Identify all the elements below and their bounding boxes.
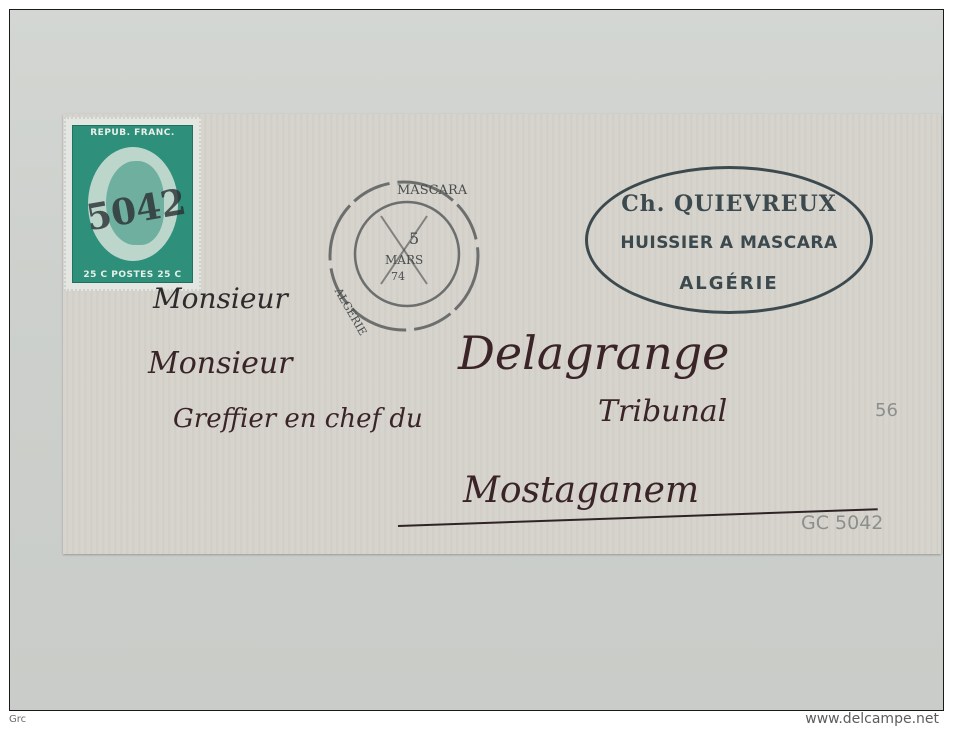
postmark-town: MASCARA (397, 183, 468, 198)
postmark-day: 5 (409, 229, 419, 248)
address-salutation-2: Monsieur (148, 346, 293, 381)
business-title: HUISSIER A MASCARA (588, 233, 870, 253)
address-city: Mostaganem (463, 470, 699, 511)
business-country: ALGÉRIE (588, 273, 870, 294)
business-oval-stamp: Ch. QUIEVREUX HUISSIER A MASCARA ALGÉRIE (585, 166, 873, 314)
stamp-bottom-text: 25 C POSTES 25 C (73, 270, 192, 280)
stamp-top-text: REPUB. FRANC. (73, 128, 192, 138)
address-recipient-institution: Tribunal (598, 394, 727, 429)
envelope: REPUB. FRANC. 25 C POSTES 25 C 5042 MASC… (63, 114, 941, 554)
footer-seller-label: Grc (9, 714, 26, 725)
pencil-note-gc: GC 5042 (801, 512, 883, 534)
address-recipient-name: Delagrange (458, 326, 729, 380)
address-recipient-title: Greffier en chef du (173, 404, 423, 434)
business-name: Ch. QUIEVREUX (588, 191, 870, 217)
pencil-note-price: 56 (875, 400, 898, 421)
watermark: www.delcampe.net (805, 711, 939, 727)
postmark-month: MARS (385, 253, 423, 267)
postage-stamp: REPUB. FRANC. 25 C POSTES 25 C 5042 (64, 117, 201, 291)
postmark-region: ALGERIE (331, 285, 369, 336)
photo-frame: REPUB. FRANC. 25 C POSTES 25 C 5042 MASC… (9, 9, 944, 711)
address-salutation-1: Monsieur (153, 282, 288, 315)
circular-postmark: MASCARA ALGERIE 5 MARS 74 (319, 176, 489, 336)
postmark-year: 74 (391, 270, 405, 283)
